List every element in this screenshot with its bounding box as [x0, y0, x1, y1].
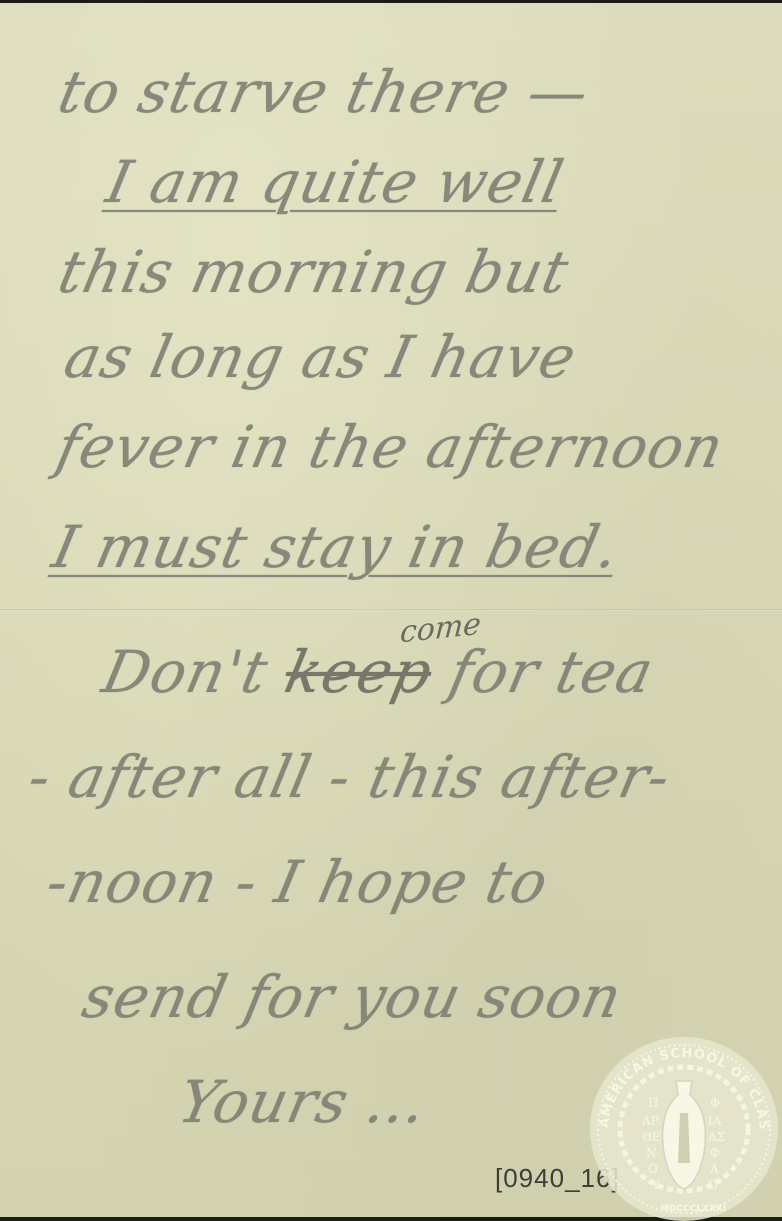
line-7-text: Don't — [97, 638, 294, 706]
svg-text:Φ: Φ — [710, 1096, 720, 1110]
letter-line-2: I am quite well — [101, 148, 570, 216]
svg-text:Ο: Ο — [708, 1178, 718, 1192]
letter-line-9: -noon - I hope to — [41, 848, 555, 916]
letter-line-3: this morning but — [53, 238, 575, 306]
letter-line-6: I must stay in bed. — [47, 513, 626, 581]
svg-text:Υ: Υ — [651, 1178, 661, 1192]
svg-text:ΑΣ: ΑΣ — [707, 1130, 725, 1144]
letter-page: to starve there — I am quite well this m… — [0, 3, 782, 1217]
letter-line-8: - after all - this after- — [23, 743, 677, 811]
letter-line-7: Don't keep for tea — [97, 638, 660, 706]
struck-word: keep — [279, 638, 438, 706]
svg-text:Π: Π — [648, 1096, 658, 1110]
svg-text:Α: Α — [709, 1162, 719, 1176]
svg-text:Φ: Φ — [710, 1146, 720, 1160]
svg-text:Ν: Ν — [646, 1146, 657, 1160]
svg-text:Ο: Ο — [648, 1162, 658, 1176]
letter-line-4: as long as I have — [59, 323, 583, 391]
letter-line-11: Yours ... — [173, 1068, 433, 1136]
letter-line-5: fever in the afternoon — [51, 413, 730, 481]
svg-text:ΙΑ: ΙΑ — [708, 1114, 722, 1128]
svg-text:MDCCCLXXXI: MDCCCLXXXI — [660, 1204, 726, 1214]
svg-text:ΑΡ: ΑΡ — [641, 1114, 659, 1128]
line-7-rest: for tea — [424, 638, 660, 706]
svg-text:ΘΕ: ΘΕ — [642, 1130, 661, 1144]
letter-line-1: to starve there — — [53, 58, 596, 126]
institution-seal-icon: AMERICAN SCHOOL OF CLASSICAL STUDIES AT … — [586, 1033, 782, 1221]
letter-line-10: send for you soon — [77, 963, 628, 1031]
paper-fold-line — [0, 609, 782, 611]
